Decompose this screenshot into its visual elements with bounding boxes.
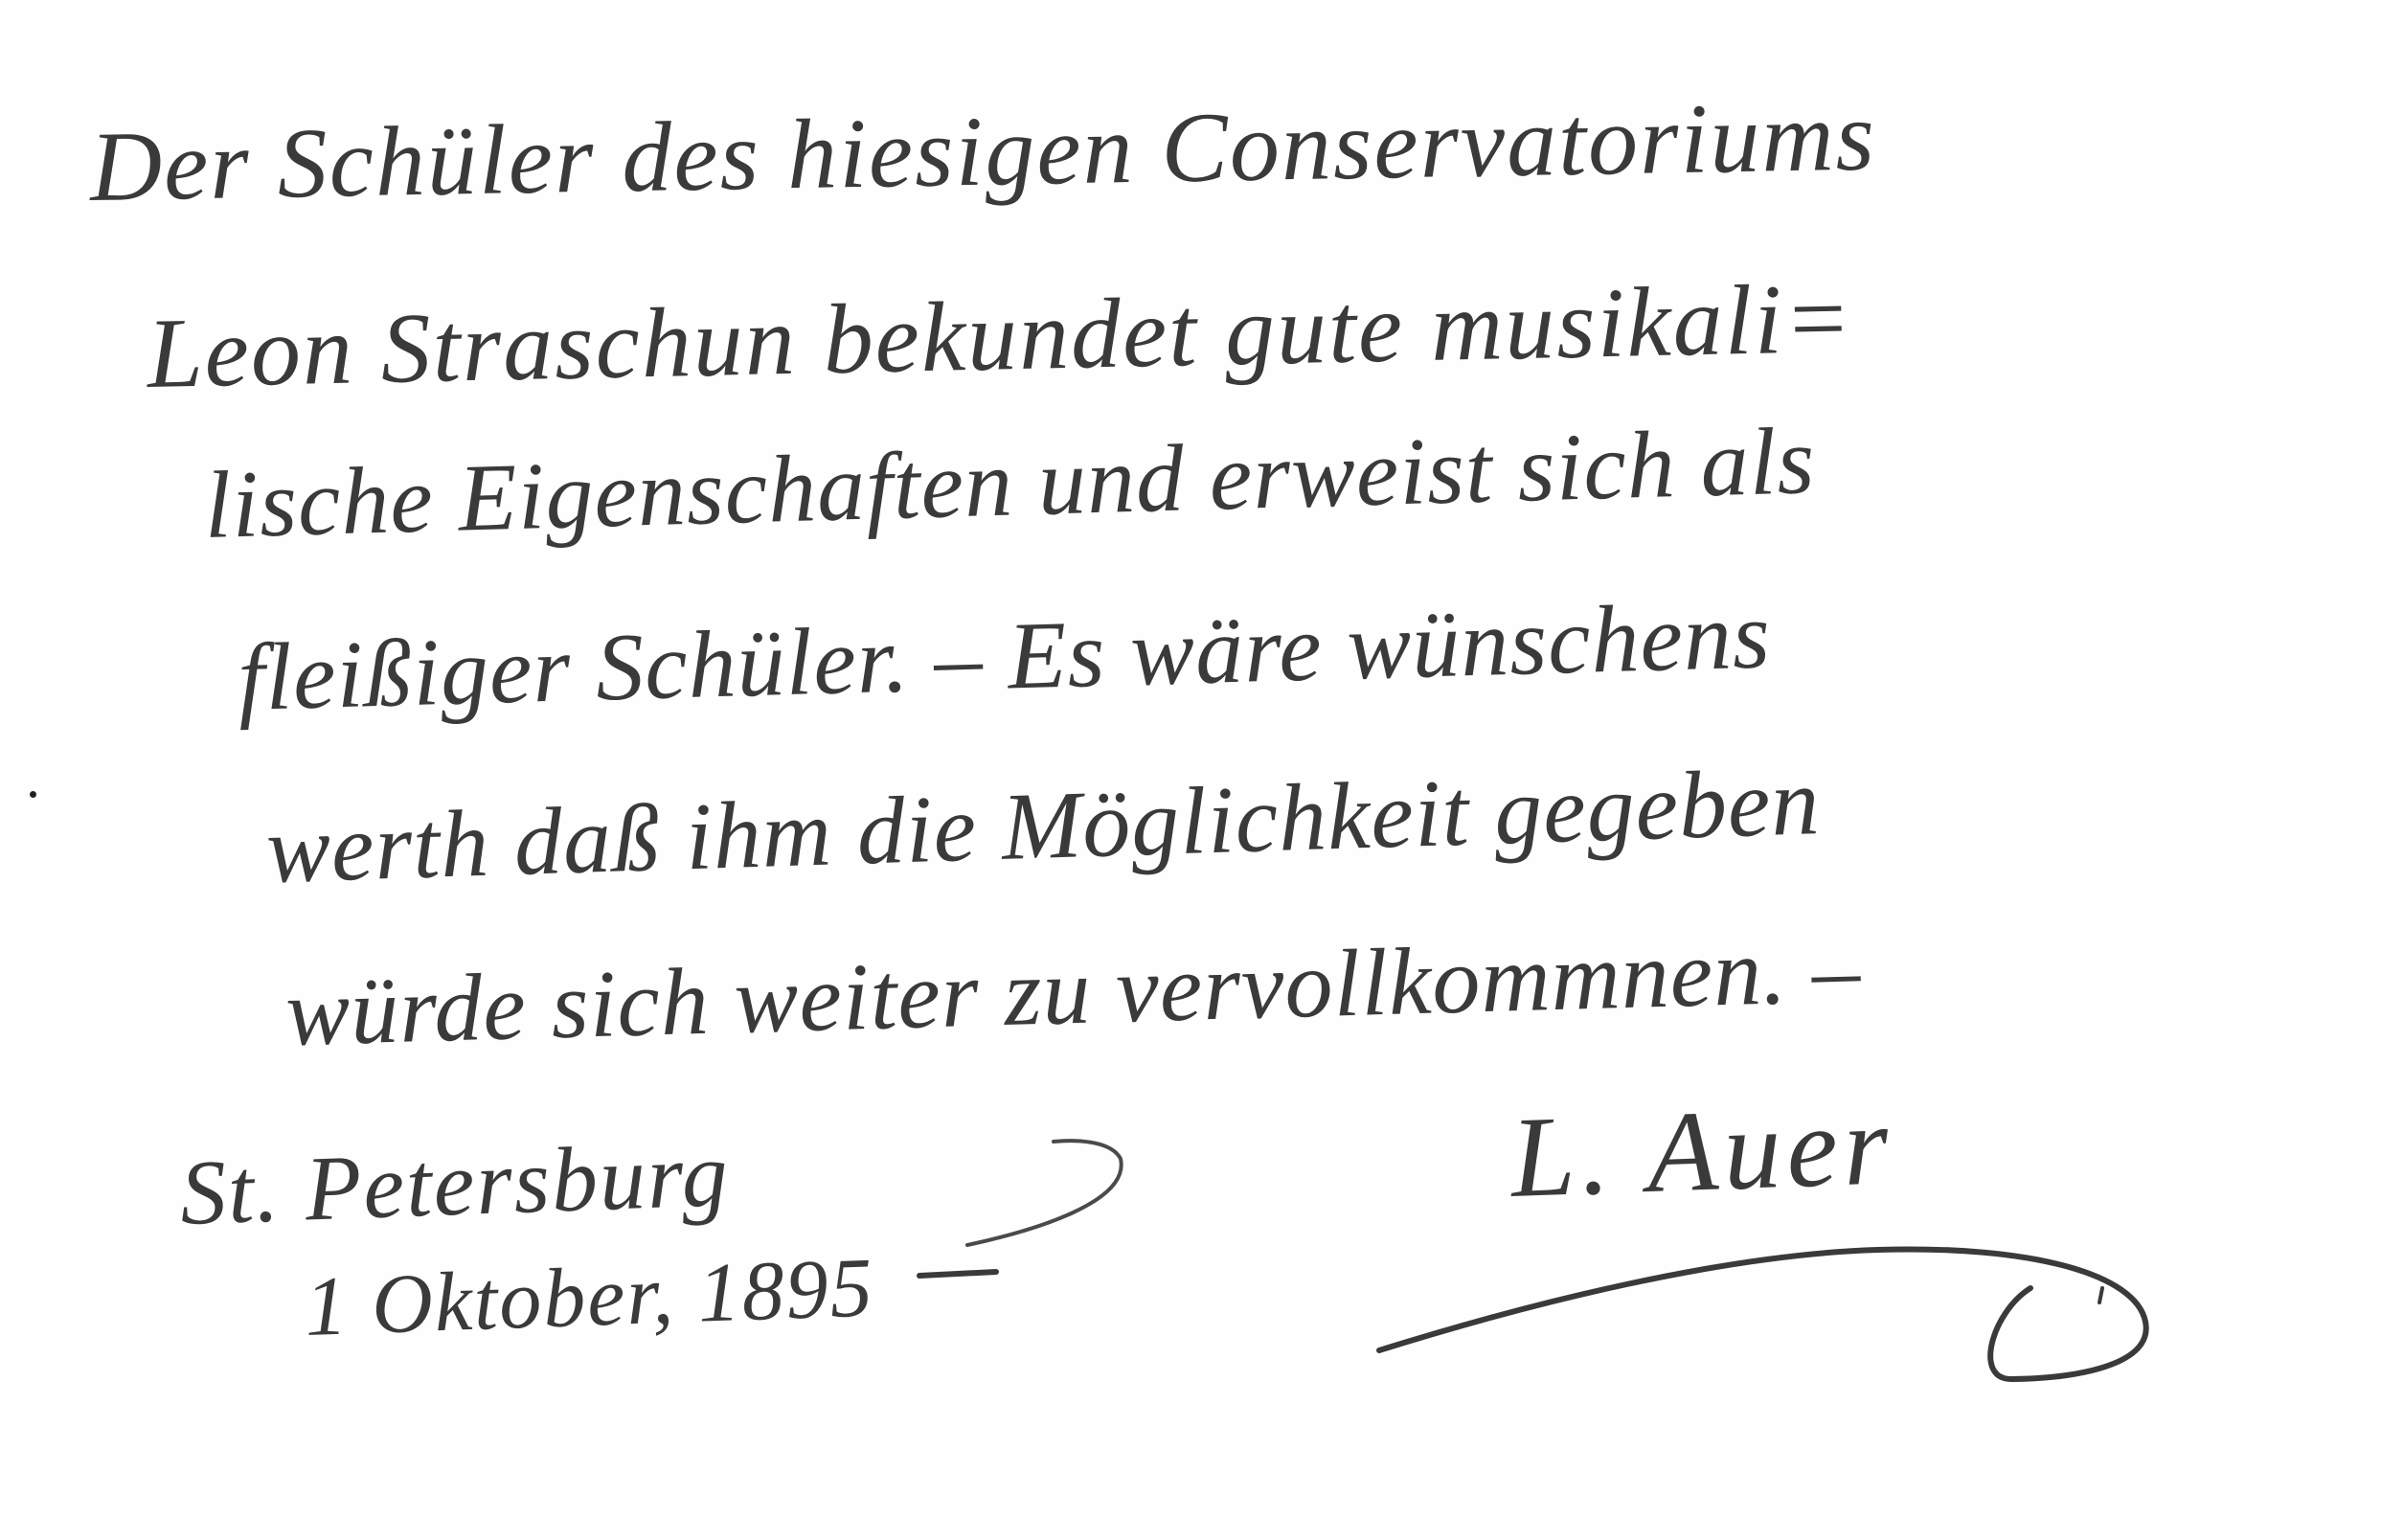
place-line: St. Petersburg [178, 1121, 731, 1246]
document-page: Der Schüler des hiesigen Conservatoriums… [0, 0, 2404, 1540]
place-flourish-icon [967, 1141, 1122, 1245]
body-line-4: fleißiger Schüler. – Es wäre wünschens [237, 579, 1772, 733]
signature: L. Auer [1508, 1078, 1895, 1224]
body-line-6: würde sich weiter zu vervollkommnen. – [284, 914, 1863, 1068]
body-line-2: Leon Straschun bekundet gute musikali= [147, 261, 1854, 411]
signature-flourish-icon [1379, 1249, 2146, 1379]
body-line-5: werth daß ihm die Möglichkeit gegeben [264, 746, 1822, 905]
date-dash-icon [919, 1272, 996, 1276]
ink-speck [30, 791, 36, 798]
date-line: 1 Oktober, 1895 [303, 1239, 875, 1356]
body-line-3: lische Eigenschaften und erweist sich al… [203, 405, 1817, 560]
body-line-1: Der Schüler des hiesigen Conservatoriums [89, 79, 1877, 224]
signature-tick-icon [2099, 1288, 2102, 1302]
